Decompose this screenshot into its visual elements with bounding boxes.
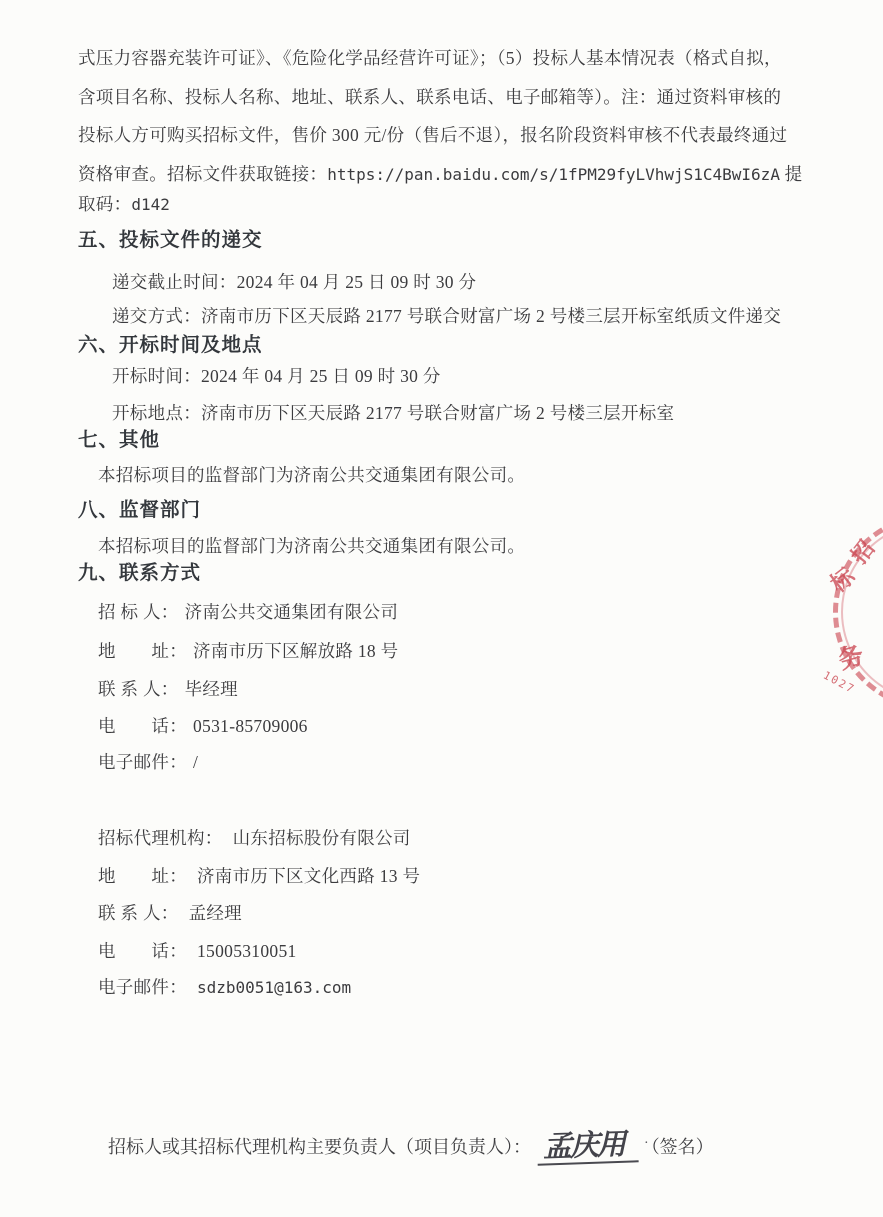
scanned-tender-notice-page: 式压力容器充装许可证》、《危险化学品经营许可证》；（5）投标人基本情况表（格式自… [0,0,883,1217]
submission-method-line: 递交方式：济南市历下区天辰路 2177 号联合财富广场 2 号楼三层开标室纸质文… [112,302,781,330]
bid-opening-place-line: 开标地点：济南市历下区天辰路 2177 号联合财富广场 2 号楼三层开标室 [112,399,674,427]
section-9-heading: 九、联系方式 [78,560,201,586]
agency-email-line: 电子邮件：sdzb0051@163.com [98,973,351,1002]
section-8-heading: 八、监督部门 [78,497,201,523]
tenderer-address-line: 地 址：济南市历下区解放路 18 号 [98,637,398,665]
agency-contact-person-line: 联 系 人：孟经理 [98,899,242,927]
agency-address-label: 地 址： [98,862,187,890]
agency-label: 招标代理机构： [98,824,223,852]
section-6-heading: 六、开标时间及地点 [78,332,263,358]
intro-line-4: 资格审查。招标文件获取链接：https://pan.baidu.com/s/1f… [78,160,802,189]
tenderer-phone-line: 电 话：0531-85709006 [98,712,308,740]
tenderer-email-line: 电子邮件：/ [98,748,198,776]
tenderer-label: 招 标 人： [98,598,179,626]
signature-suffix: （签名） [651,1137,714,1157]
agency-value: 山东招标股份有限公司 [223,828,411,848]
email-value: / [187,752,198,772]
intro-line-5: 取码：d142 [78,190,170,219]
intro-line-2: 含项目名称、投标人名称、地址、联系人、联系电话、电子邮箱等）。注：通过资料审核的 [78,83,781,111]
email-label: 电子邮件： [98,748,187,776]
section-5-heading: 五、投标文件的递交 [78,227,263,253]
tenderer-value: 济南公共交通集团有限公司 [179,602,399,622]
section-7-heading: 七、其他 [78,427,160,453]
handwritten-signature: 孟庆用 [536,1126,638,1166]
baidu-pan-url: https://pan.baidu.com/s/1fPM29fyLVhwjS1C… [327,165,780,184]
agency-phone-value: 15005310051 [187,941,297,961]
agency-name-line: 招标代理机构：山东招标股份有限公司 [98,824,411,852]
bid-opening-time-line: 开标时间：2024 年 04 月 25 日 09 时 30 分 [112,362,441,390]
section-7-body: 本招标项目的监督部门为济南公共交通集团有限公司。 [98,461,525,489]
address-label: 地 址： [98,637,187,665]
agency-address-line: 地 址：济南市历下区文化西路 13 号 [98,862,420,890]
agency-contact-person-value: 孟经理 [179,903,242,923]
section-8-body: 本招标项目的监督部门为济南公共交通集团有限公司。 [98,532,525,560]
phone-value: 0531-85709006 [187,716,308,736]
agency-phone-line: 电 话：15005310051 [98,937,297,965]
signature-prefix: 招标人或其招标代理机构主要负责人（项目负责人）： [108,1137,531,1157]
signature-line: 招标人或其招标代理机构主要负责人（项目负责人）：孟庆用·（签名） [108,1124,714,1167]
phone-label: 电 话： [98,712,187,740]
signature-tick-mark: · [644,1136,649,1151]
tenderer-name-line: 招 标 人：济南公共交通集团有限公司 [98,598,398,626]
extract-code-label: 取码： [78,194,131,214]
tenderer-contact-person-line: 联 系 人：毕经理 [98,675,238,703]
download-link-label: 资格审查。招标文件获取链接： [78,164,327,184]
agency-email-label: 电子邮件： [98,973,187,1001]
extract-code-value: d142 [131,195,170,214]
contact-person-value: 毕经理 [179,679,238,699]
intro-line-1: 式压力容器充装许可证》、《危险化学品经营许可证》；（5）投标人基本情况表（格式自… [78,44,782,72]
agency-email-value: sdzb0051@163.com [187,978,351,997]
submission-deadline-line: 递交截止时间：2024 年 04 月 25 日 09 时 30 分 [112,268,476,296]
agency-phone-label: 电 话： [98,937,187,965]
agency-address-value: 济南市历下区文化西路 13 号 [187,866,420,886]
intro-line-4-tail: 提 [780,164,802,184]
contact-person-label: 联 系 人： [98,675,179,703]
address-value: 济南市历下区解放路 18 号 [187,641,398,661]
agency-contact-person-label: 联 系 人： [98,899,179,927]
intro-line-3: 投标人方可购买招标文件，售价 300 元/份（售后不退），报名阶段资料审核不代表… [78,121,787,149]
